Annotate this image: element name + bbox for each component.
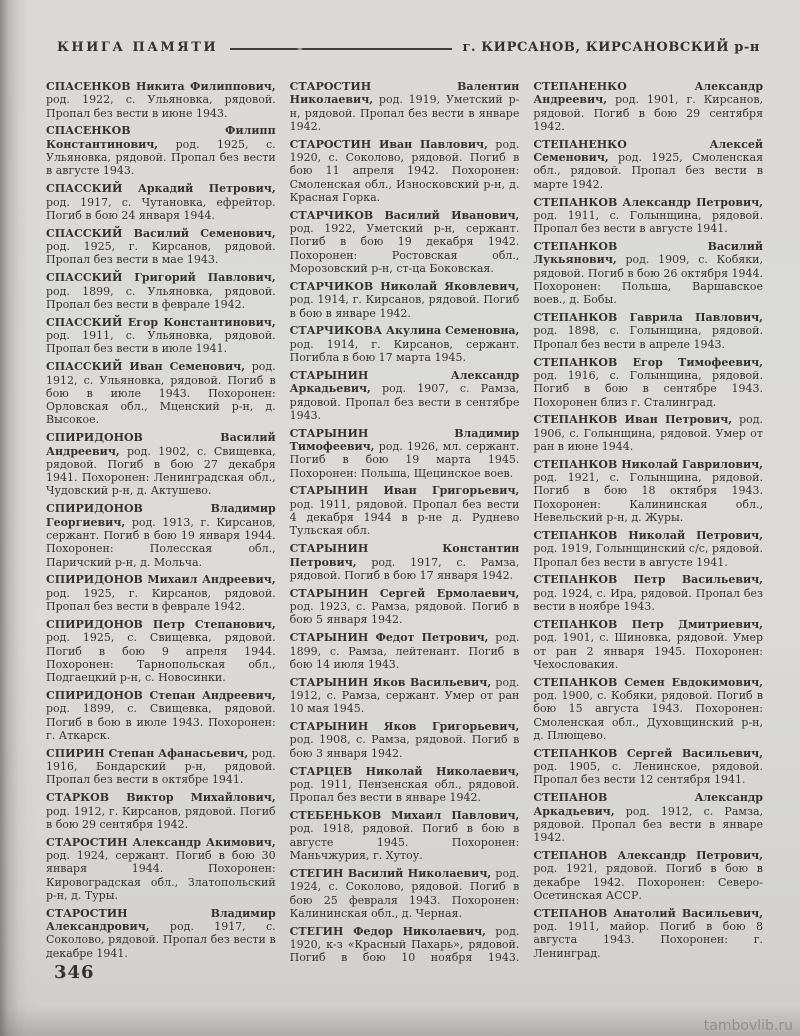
- memorial-entry: СТЕПАНКОВ Петр Дмитриевич, род. 1901, с.…: [533, 618, 763, 671]
- entry-name: СТАРЧИКОВ Николай Яковлевич,: [290, 280, 520, 293]
- entry-details: род. 1925, г. Кирсанов, рядовой. Пропал …: [46, 587, 276, 613]
- entry-name: СТЕПАНКОВ Николай Гаврилович,: [533, 458, 763, 471]
- entry-name: СТАРКОВ Виктор Михайлович,: [46, 791, 276, 804]
- page-number: 346: [54, 962, 95, 983]
- entry-details: род. 1905, с. Ленинское, рядовой. Пропал…: [533, 760, 763, 786]
- entry-details: род. 1914, г. Кирсанов, сержант. Погибла…: [290, 338, 520, 364]
- entry-details: род. 1924, сержант. Погиб в бою 30 январ…: [46, 849, 276, 902]
- entry-name: СПАССКИЙ Аркадий Петрович,: [46, 182, 276, 195]
- entry-details: род. 1925, с. Свищевка, рядовой. Погиб в…: [46, 631, 276, 684]
- scan-edge-shadow: [0, 0, 36, 1036]
- memorial-entry: СТЕПАНКОВ Гаврила Павлович, род. 1898, с…: [533, 311, 763, 351]
- memorial-entry: СТАРЫНИН Александр Аркадьевич, род. 1907…: [290, 369, 520, 422]
- entry-name: СТАРЫНИН Яков Васильевич,: [290, 676, 492, 689]
- entry-details: род. 1921, рядовой. Погиб в бою в декабр…: [533, 862, 763, 902]
- entry-name: СТАРОСТИН Александр Акимович,: [46, 836, 276, 849]
- library-watermark: tambovlib.ru: [704, 1018, 793, 1034]
- memorial-entry: СПИРИДОНОВ Василий Андреевич, род. 1902,…: [46, 431, 276, 497]
- entry-details: род. 1916, с. Голынщина, рядовой. Погиб …: [533, 369, 763, 409]
- entry-name: СТЕПАНКОВ Николай Петрович,: [533, 529, 763, 542]
- columns: СПАСЕНКОВ Никита Филиппович, род. 1922, …: [46, 80, 763, 964]
- memorial-entry: СПАССКИЙ Иван Семенович, род. 1912, с. У…: [46, 360, 276, 426]
- entry-name: СТАРЧИКОВА Акулина Семеновна,: [290, 324, 520, 337]
- memorial-entry: СПАССКИЙ Аркадий Петрович, род. 1917, с.…: [46, 182, 276, 222]
- entry-name: СПАССКИЙ Егор Константинович,: [46, 316, 276, 329]
- entry-details: род. 1899, с. Ульяновка, рядовой. Пропал…: [46, 285, 276, 311]
- memorial-entry: СТЕПАНЕНКО Александр Андреевич, род. 190…: [533, 80, 763, 133]
- entry-details: род. 1911, майор. Погиб в бою 8 августа …: [533, 920, 763, 960]
- entry-name: СПИРИДОНОВ Степан Андреевич,: [46, 689, 276, 702]
- column-1: СПАСЕНКОВ Никита Филиппович, род. 1922, …: [46, 80, 276, 964]
- memorial-entry: СТАРЫНИН Яков Григорьевич, род. 1908, с.…: [290, 720, 520, 760]
- entry-name: СТЕПАНКОВ Егор Тимофеевич,: [533, 356, 763, 369]
- entry-name: СТЕПАНКОВ Гаврила Павлович,: [533, 311, 763, 324]
- entry-details: род. 1922, Уметский р-н, сержант. Погиб …: [290, 222, 520, 275]
- memorial-entry: СТЕПАНКОВ Сергей Васильевич, род. 1905, …: [533, 747, 763, 787]
- entry-details: род. 1911, с. Голынщина, рядовой. Пропал…: [533, 209, 763, 235]
- entry-name: СТЕПАНКОВ Александр Петрович,: [533, 196, 763, 209]
- entry-name: СТЕГИН Василий Николаевич,: [290, 867, 492, 880]
- memorial-entry: СТЕПАНЕНКО Алексей Семенович, род. 1925,…: [533, 138, 763, 191]
- entry-details: род. 1922, с. Ульяновка, рядовой. Пропал…: [46, 93, 276, 119]
- memorial-entry: СТАРКОВ Виктор Михайлович, род. 1912, г.…: [46, 791, 276, 831]
- memorial-entry: СТЕПАНКОВ Василий Лукьянович, род. 1909,…: [533, 240, 763, 306]
- memorial-entry: СПИРИДОНОВ Владимир Георгиевич, род. 191…: [46, 502, 276, 568]
- entry-details: род. 1919, Голынщинский с/с, рядовой. Пр…: [533, 542, 763, 568]
- scan-bottom-shadow: [0, 1006, 800, 1036]
- memorial-entry: СТЕПАНКОВ Петр Васильевич, род. 1924, с.…: [533, 573, 763, 613]
- memorial-entry: СТЕПАНОВ Александр Аркадьевич, род. 1912…: [533, 791, 763, 844]
- entry-name: СПИРИДОНОВ Петр Степанович,: [46, 618, 276, 631]
- entry-details: род. 1918, рядовой. Погиб в бою в август…: [290, 822, 520, 862]
- entry-name: СТЕПАНКОВ Петр Дмитриевич,: [533, 618, 763, 631]
- memorial-entry: СТЕПАНКОВ Александр Петрович, род. 1911,…: [533, 196, 763, 236]
- memorial-entry: СТЕПАНКОВ Егор Тимофеевич, род. 1916, с.…: [533, 356, 763, 409]
- entry-name: СТЕПАНОВ Александр Петрович,: [533, 849, 763, 862]
- entry-name: СПИРИН Степан Афанасьевич,: [46, 747, 248, 760]
- entry-details: род. 1921, с. Голынщина, рядовой. Погиб …: [533, 471, 763, 524]
- memorial-entry: СПАССКИЙ Василий Семенович, род. 1925, г…: [46, 227, 276, 267]
- memorial-entry: СТАРЫНИН Иван Григорьевич, род. 1911, ря…: [290, 484, 520, 537]
- scanned-book-page: КНИГА ПАМЯТИ г. КИРСАНОВ, КИРСАНОВСКИЙ р…: [0, 0, 800, 1036]
- entry-name: СТАРЫНИН Сергей Ермолаевич,: [290, 587, 520, 600]
- entry-name: СТЕПАНКОВ Иван Петрович,: [533, 413, 732, 426]
- book-title: КНИГА ПАМЯТИ: [57, 40, 218, 55]
- entry-name: СТАРЧИКОВ Василий Иванович,: [290, 209, 520, 222]
- memorial-entry: СТЕГИН Федор Николаевич, род. 1920, к-з …: [290, 925, 520, 964]
- memorial-entry: СПАССКИЙ Григорий Павлович, род. 1899, с…: [46, 271, 276, 311]
- entry-name: СПАССКИЙ Иван Семенович,: [46, 360, 245, 373]
- memorial-entry: СТАРЧИКОВА Акулина Семеновна, род. 1914,…: [290, 324, 520, 364]
- memorial-entry: СТАРЫНИН Владимир Тимофеевич, род. 1926,…: [290, 427, 520, 480]
- memorial-entry: СТАРОСТИН Валентин Николаевич, род. 1919…: [290, 80, 520, 133]
- memorial-entry: СТАРЧИКОВ Василий Иванович, род. 1922, У…: [290, 209, 520, 275]
- entry-name: СТЕГИН Федор Николаевич,: [290, 925, 486, 938]
- memorial-entry: СТЕПАНОВ Анатолий Васильевич, род. 1911,…: [533, 907, 763, 960]
- memorial-entry: СТАРОСТИН Александр Акимович, род. 1924,…: [46, 836, 276, 902]
- entry-details: род. 1898, с. Голынщина, рядовой. Пропал…: [533, 324, 763, 350]
- entry-details: род. 1925, г. Кирсанов, рядовой. Пропал …: [46, 240, 276, 266]
- entry-name: СТАРЫНИН Иван Григорьевич,: [290, 484, 520, 497]
- memorial-entry: СТЕГИН Василий Николаевич, род. 1924, с.…: [290, 867, 520, 920]
- memorial-entry: СТЕПАНКОВ Николай Петрович, род. 1919, Г…: [533, 529, 763, 569]
- entry-name: СТЕПАНОВ Анатолий Васильевич,: [533, 907, 763, 920]
- entry-name: СТЕПАНКОВ Петр Васильевич,: [533, 573, 763, 586]
- entry-name: СТАРЫНИН Федот Петрович,: [290, 631, 489, 644]
- entry-details: род. 1908, с. Рамза, рядовой. Погиб в бо…: [290, 733, 520, 759]
- memorial-entry: СТАРЫНИН Федот Петрович, род. 1899, с. Р…: [290, 631, 520, 671]
- memorial-entry: СТЕПАНКОВ Семен Евдокимович, род. 1900, …: [533, 676, 763, 742]
- district-title: г. КИРСАНОВ, КИРСАНОВСКИЙ р-н: [462, 40, 760, 55]
- memorial-entry: СТЕБЕНЬКОВ Михаил Павлович, род. 1918, р…: [290, 809, 520, 862]
- entry-name: СТАРОСТИН Иван Павлович,: [290, 138, 488, 151]
- page-header: КНИГА ПАМЯТИ г. КИРСАНОВ, КИРСАНОВСКИЙ р…: [57, 40, 760, 55]
- memorial-entry: СТАРЫНИН Яков Васильевич, род. 1912, с. …: [290, 676, 520, 716]
- entry-details: род. 1911, рядовой. Пропал без вести 4 д…: [290, 498, 520, 538]
- entry-details: род. 1924, с. Ира, рядовой. Пропал без в…: [533, 587, 763, 613]
- entry-name: СТАРЫНИН Яков Григорьевич,: [290, 720, 520, 733]
- entry-details: род. 1914, г. Кирсанов, рядовой. Погиб в…: [290, 293, 520, 319]
- entry-name: СПАССКИЙ Григорий Павлович,: [46, 271, 276, 284]
- memorial-entry: СТАРЦЕВ Николай Николаевич, род. 1911, П…: [290, 765, 520, 805]
- memorial-entry: СТАРОСТИН Владимир Александрович, род. 1…: [46, 907, 276, 960]
- entry-name: СТЕПАНКОВ Сергей Васильевич,: [533, 747, 763, 760]
- entry-details: род. 1917, с. Чутановка, ефрейтор. Погиб…: [46, 196, 276, 222]
- memorial-entry: СПАСЕНКОВ Филипп Константинович, род. 19…: [46, 124, 276, 177]
- entry-name: СПАССКИЙ Василий Семенович,: [46, 227, 276, 240]
- entry-details: род. 1901, с. Шиновка, рядовой. Умер от …: [533, 631, 763, 671]
- memorial-entry: СПАСЕНКОВ Никита Филиппович, род. 1922, …: [46, 80, 276, 120]
- entry-details: род. 1912, г. Кирсанов, рядовой. Погиб в…: [46, 805, 276, 831]
- entry-name: СПАСЕНКОВ Никита Филиппович,: [46, 80, 276, 93]
- entry-details: род. 1900, с. Кобяки, рядовой. Погиб в б…: [533, 689, 763, 742]
- memorial-entry: СПИРИДОНОВ Степан Андреевич, род. 1899, …: [46, 689, 276, 742]
- memorial-entry: СПАССКИЙ Егор Константинович, род. 1911,…: [46, 316, 276, 356]
- memorial-entry: СТАРЫНИН Константин Петрович, род. 1917,…: [290, 542, 520, 582]
- memorial-entry: СТЕПАНКОВ Николай Гаврилович, род. 1921,…: [533, 458, 763, 524]
- entry-name: СПИРИДОНОВ Михаил Андреевич,: [46, 573, 276, 586]
- entry-name: СТАРЦЕВ Николай Николаевич,: [290, 765, 520, 778]
- entry-details: род. 1899, с. Свищевка, рядовой. Погиб в…: [46, 702, 276, 742]
- memorial-entry: СПИРИН Степан Афанасьевич, род. 1916, Бо…: [46, 747, 276, 787]
- entry-name: СТЕПАНКОВ Семен Евдокимович,: [533, 676, 763, 689]
- entry-details: род. 1911, с. Ульяновка, рядовой. Пропал…: [46, 329, 276, 355]
- column-2: СТАРОСТИН Валентин Николаевич, род. 1919…: [290, 80, 520, 964]
- header-rule: [230, 48, 452, 50]
- entry-details: род. 1911, Пензенская обл., рядовой. Про…: [290, 778, 520, 804]
- memorial-entry: СТАРЫНИН Сергей Ермолаевич, род. 1923, с…: [290, 587, 520, 627]
- memorial-entry: СТАРЧИКОВ Николай Яковлевич, род. 1914, …: [290, 280, 520, 320]
- memorial-entry: СПИРИДОНОВ Петр Степанович, род. 1925, с…: [46, 618, 276, 684]
- memorial-entry: СТЕПАНКОВ Иван Петрович, род. 1906, с. Г…: [533, 413, 763, 453]
- memorial-entry: СПИРИДОНОВ Михаил Андреевич, род. 1925, …: [46, 573, 276, 613]
- column-3: СТЕПАНЕНКО Александр Андреевич, род. 190…: [533, 80, 763, 964]
- memorial-entry: СТЕПАНОВ Александр Петрович, род. 1921, …: [533, 849, 763, 902]
- entry-details: род. 1923, с. Рамза, рядовой. Погиб в бо…: [290, 600, 520, 626]
- entry-name: СТЕБЕНЬКОВ Михаил Павлович,: [290, 809, 520, 822]
- memorial-entry: СТАРОСТИН Иван Павлович, род. 1920, с. С…: [290, 138, 520, 204]
